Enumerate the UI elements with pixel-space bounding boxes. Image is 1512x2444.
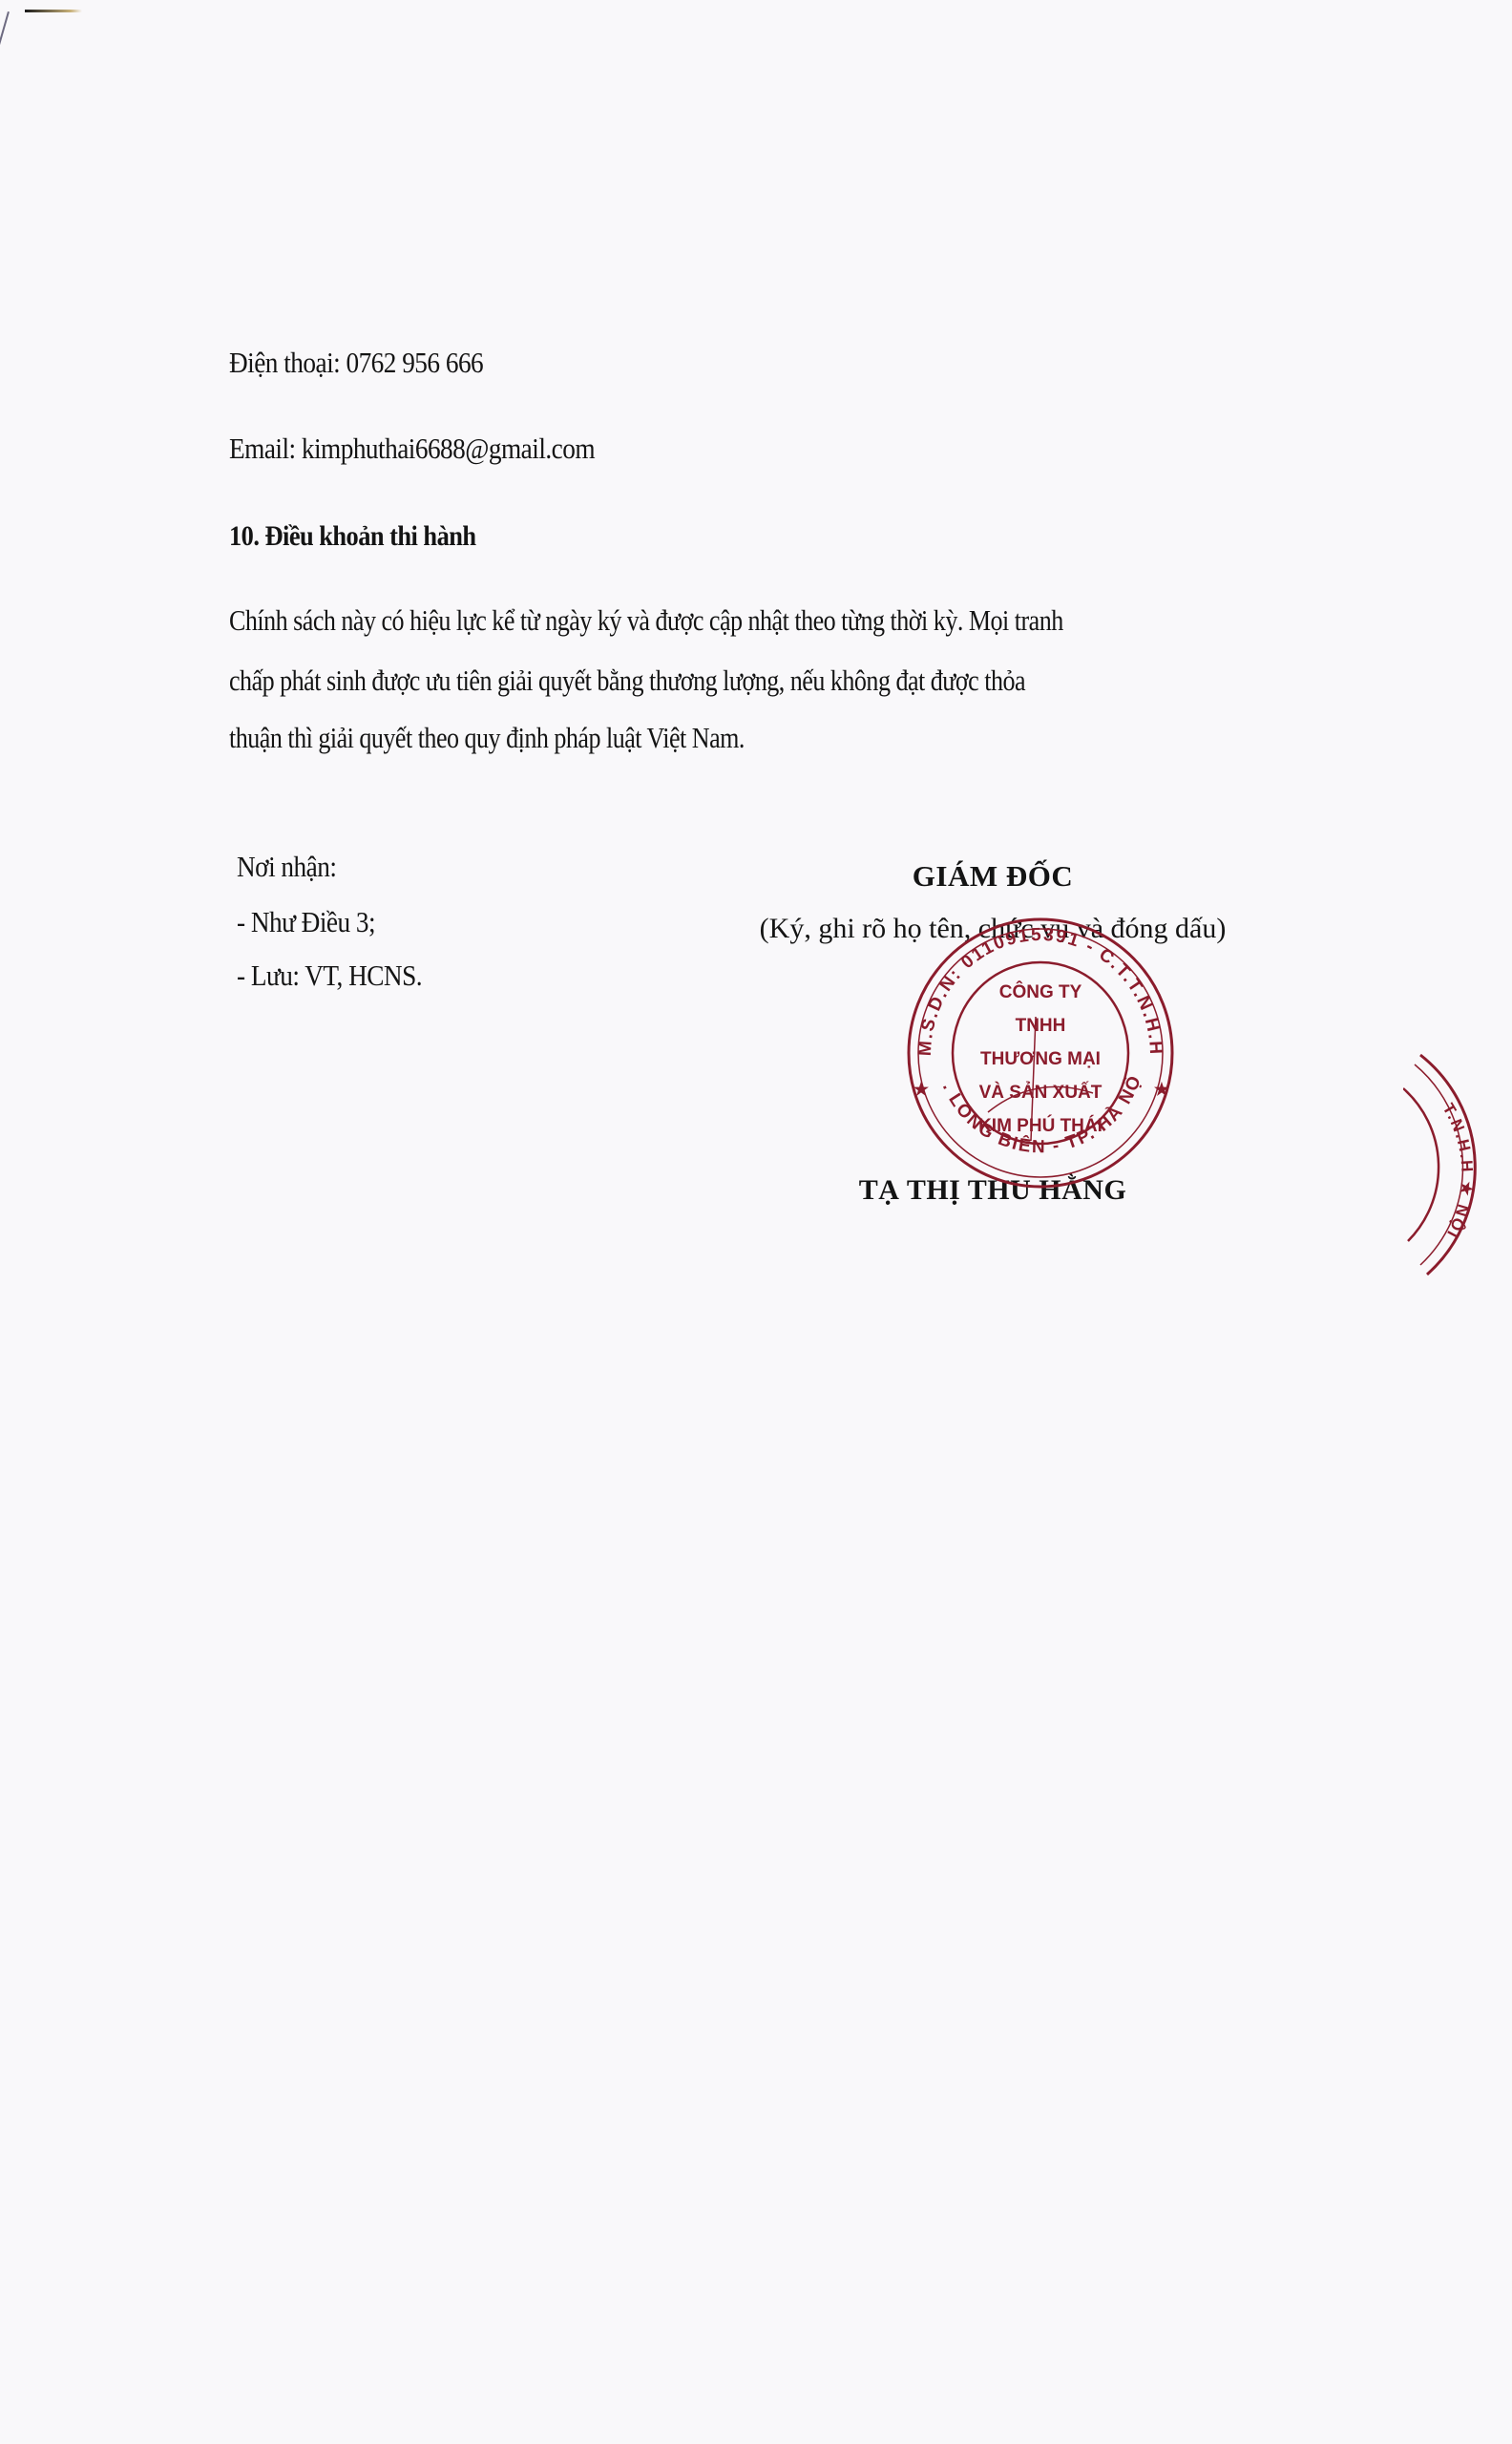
stamp-seal-partial-icon: T.N.H.H ★ NỘI bbox=[1403, 1050, 1512, 1279]
section-title: 10. Điều khoản thi hành bbox=[229, 520, 476, 553]
partial-stamp-edge: T.N.H.H ★ NỘI bbox=[1403, 1050, 1512, 1279]
star-icon: ★ bbox=[1154, 1080, 1170, 1099]
stamp-center-line: KIM PHÚ THÁI bbox=[978, 1115, 1102, 1136]
partial-stamp-text: T.N.H.H ★ NỘI bbox=[1438, 1100, 1476, 1242]
star-icon: ★ bbox=[913, 1080, 930, 1099]
stamp-center-line: CÔNG TY bbox=[999, 981, 1082, 1002]
recipient-item: - Như Điều 3; bbox=[237, 905, 375, 939]
page-edge-left bbox=[0, 11, 10, 223]
stamp-center-line: THƯƠNG MẠI bbox=[980, 1049, 1101, 1069]
paragraph-line: Chính sách này có hiệu lực kể từ ngày ký… bbox=[229, 603, 1063, 638]
contact-email: Email: kimphuthai6688@gmail.com bbox=[229, 432, 595, 466]
paragraph-line: thuận thì giải quyết theo quy định pháp … bbox=[229, 721, 745, 755]
paragraph-line: chấp phát sinh được ưu tiên giải quyết b… bbox=[229, 664, 1025, 698]
page-edge-top bbox=[25, 10, 82, 12]
stamp-center-line: TNHH bbox=[1016, 1016, 1066, 1036]
company-stamp: M.S.D.N: 0110915391 - C.T.T.N.H.H Q. LON… bbox=[902, 912, 1179, 1189]
svg-text:T.N.H.H ★ NỘI: T.N.H.H ★ NỘI bbox=[1438, 1100, 1476, 1242]
recipients-label: Nơi nhận: bbox=[237, 850, 336, 884]
recipient-item: - Lưu: VT, HCNS. bbox=[237, 959, 422, 993]
signer-title: GIÁM ĐỐC bbox=[725, 859, 1260, 894]
stamp-center-line: VÀ SẢN XUẤT bbox=[979, 1082, 1102, 1103]
contact-phone: Điện thoại: 0762 956 666 bbox=[229, 346, 483, 380]
stamp-seal-icon: M.S.D.N: 0110915391 - C.T.T.N.H.H Q. LON… bbox=[902, 912, 1179, 1189]
